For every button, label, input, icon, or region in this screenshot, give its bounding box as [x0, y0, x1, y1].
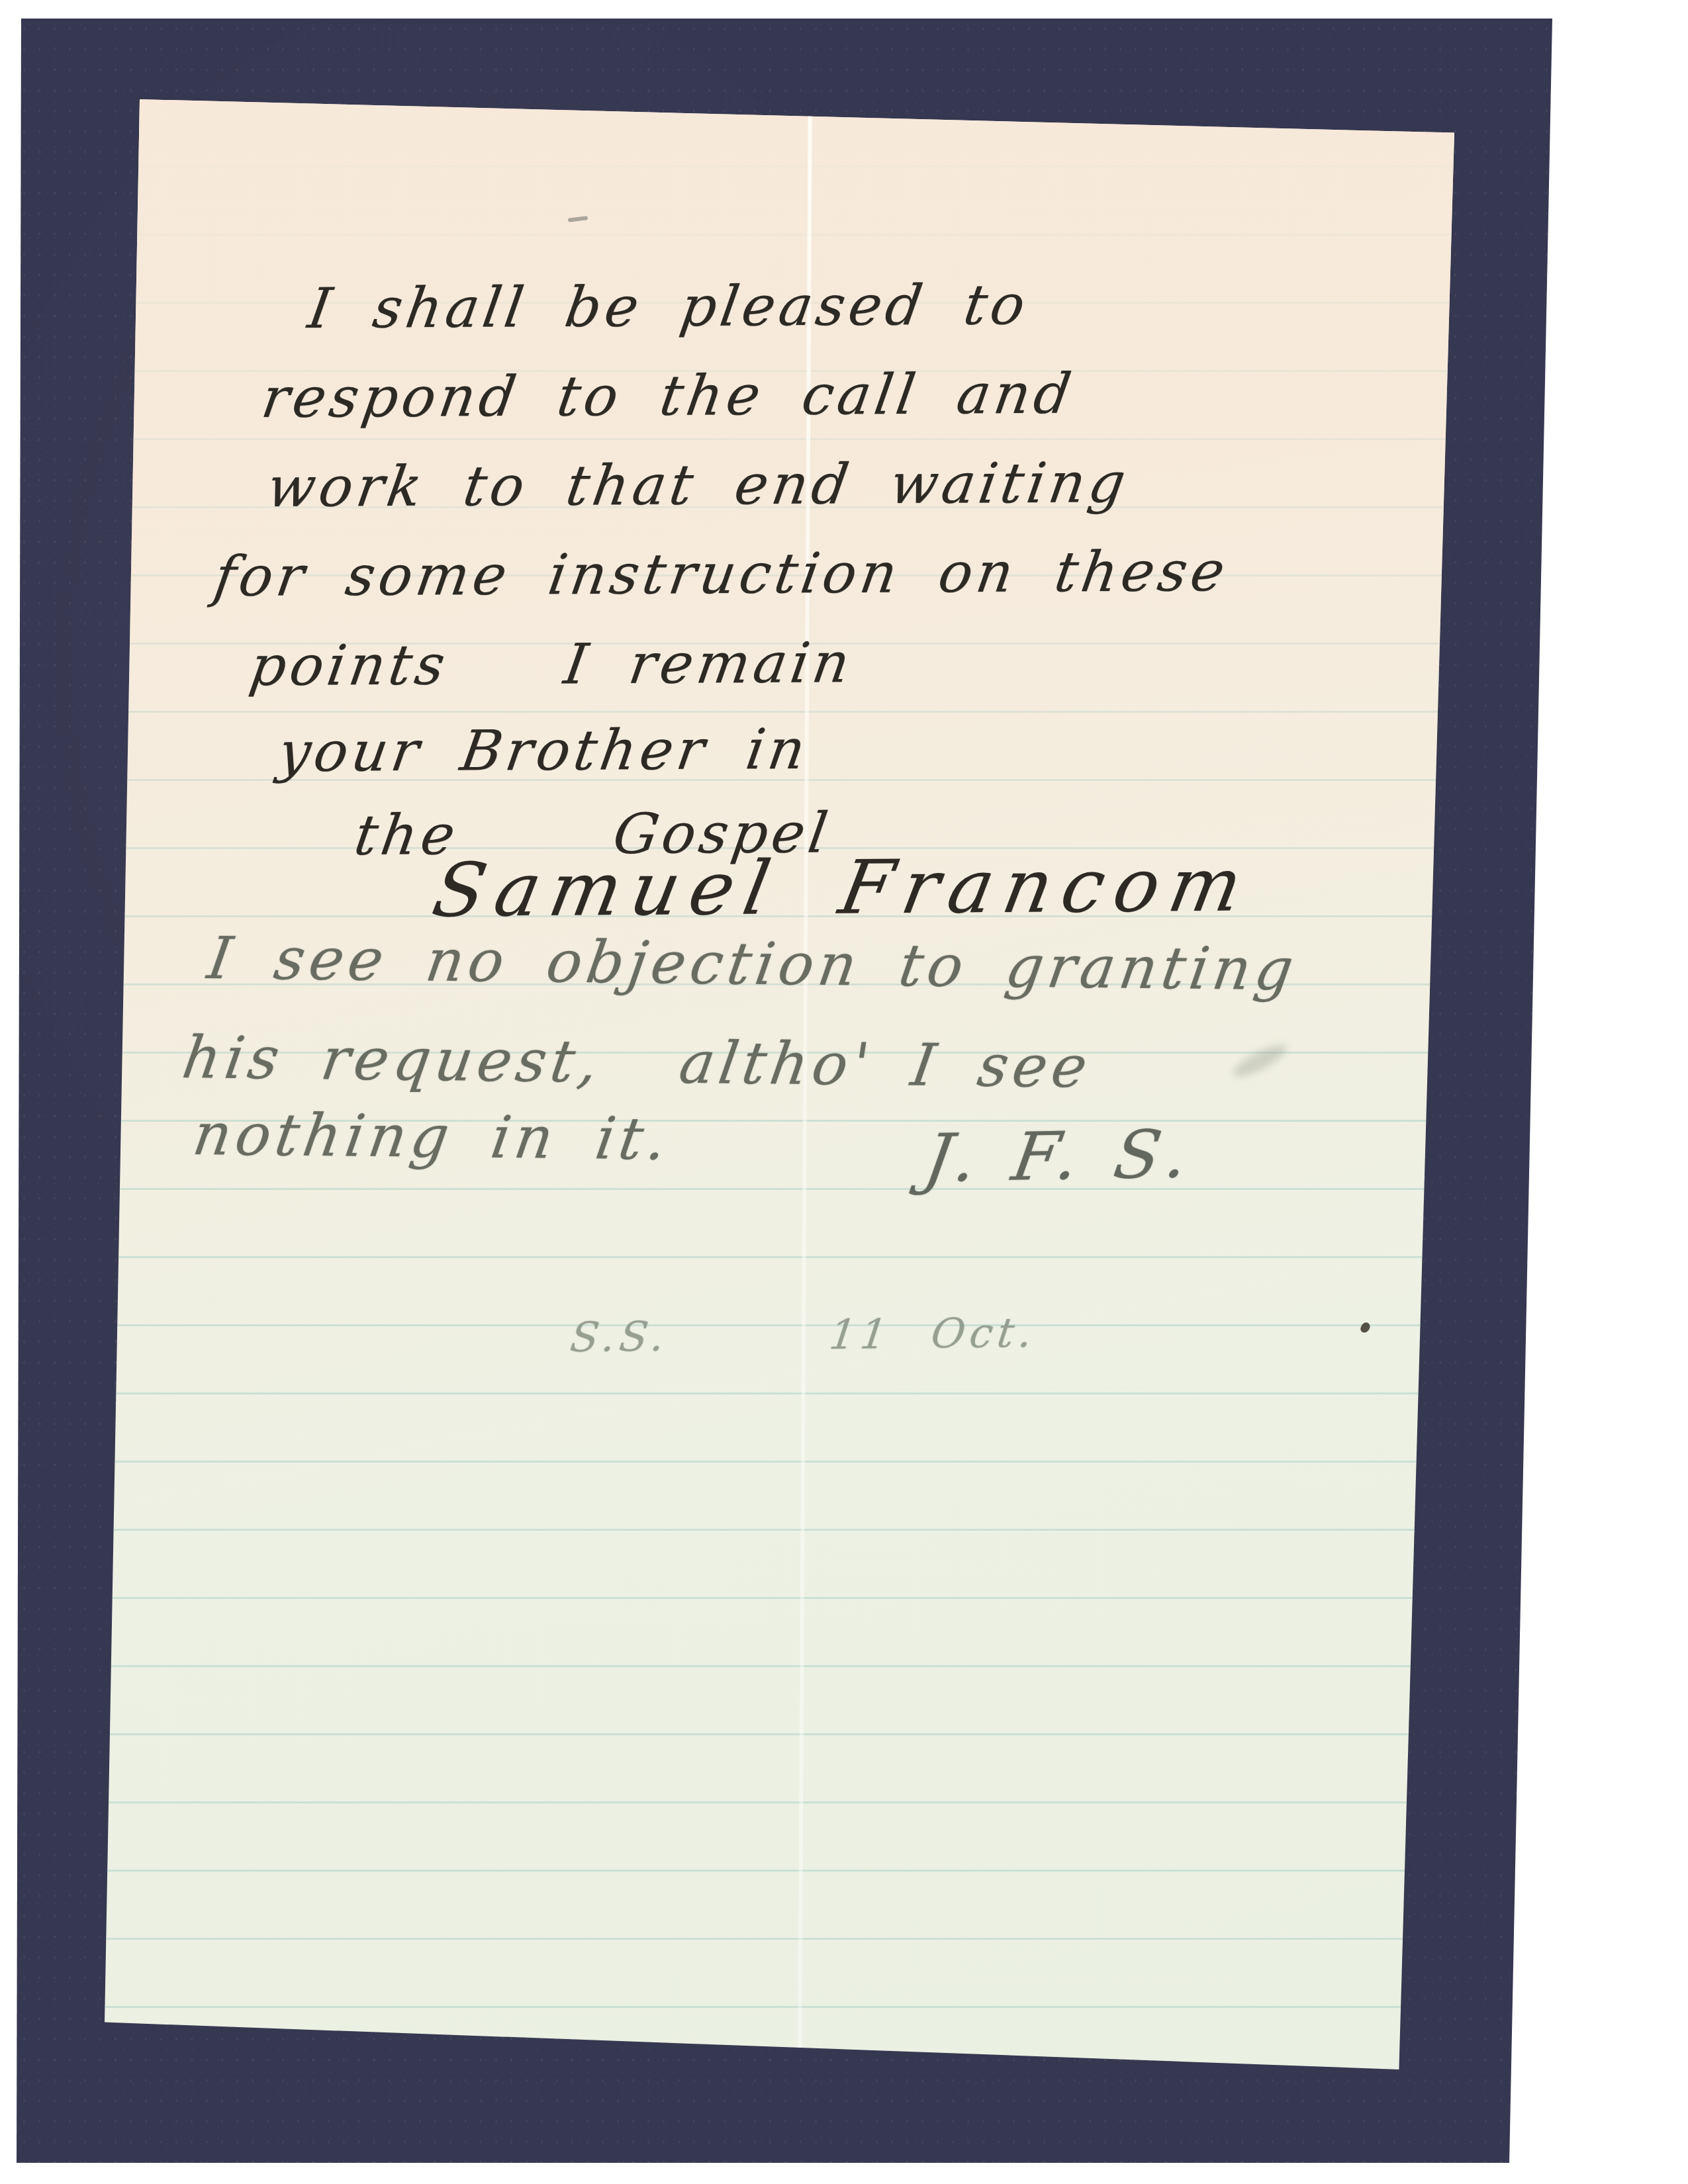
ink-speck [1360, 1321, 1372, 1334]
annotation-line-3: nothing in it. [189, 1104, 675, 1170]
graphite-smudge [1229, 1039, 1290, 1082]
letter-line-2: respond to the call and [258, 365, 1078, 428]
letter-paper: I shall be pleased to respond to the cal… [105, 99, 1454, 2070]
annotation-line-2: his request, altho' I see [179, 1027, 1096, 1098]
letter-line-1: I shall be pleased to [305, 275, 1033, 338]
clerk-note: S.S. 11 Oct. [568, 1311, 1039, 1359]
letter-line-4: for some instruction on these [211, 542, 1233, 606]
annotation-line-1: I see no objection to granting [204, 928, 1302, 1001]
pencil-dash-mark [568, 216, 588, 222]
letter-line-5: points I remain [246, 633, 857, 695]
letter-line-6: your Brother in [275, 720, 813, 781]
letter-line-3: work to that end waiting [263, 453, 1133, 516]
signature: Samuel Francom [427, 846, 1258, 930]
scanned-letter-page: I shall be pleased to respond to the cal… [0, 0, 1688, 2184]
annotation-initials: J. F. S. [920, 1119, 1201, 1193]
